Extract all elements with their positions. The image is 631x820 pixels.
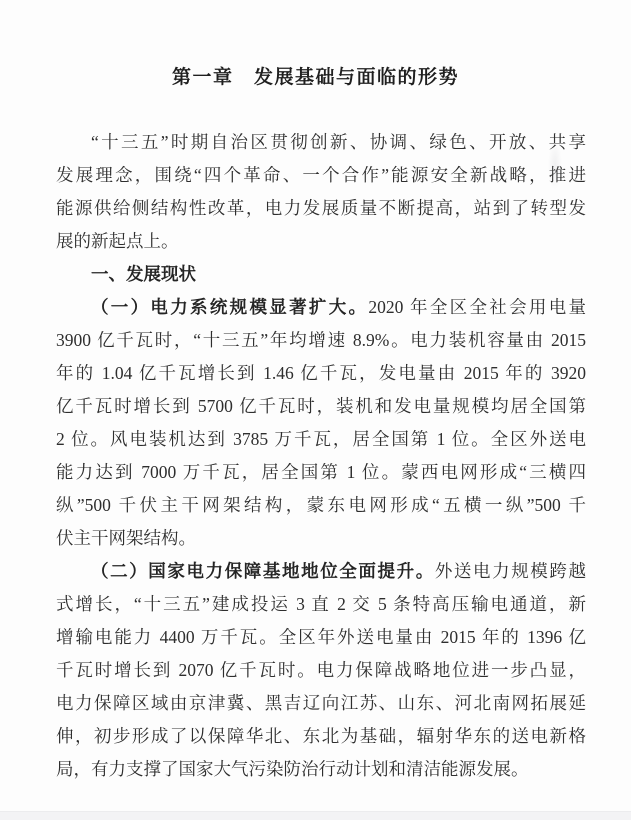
text-run: 伸，初步形成了以保障华北、东北为基础，辐射华东的送电新格	[56, 726, 586, 746]
text-run: 电力保障区域由京津冀、黑吉辽向江苏、山东、河北南网拓展延	[56, 693, 586, 713]
text-run: 外送电力规模跨越	[435, 561, 586, 581]
text-run: 展的新起点上。	[56, 231, 179, 251]
text-run: 年的 1.04 亿千瓦增长到 1.46 亿千瓦，发电量由 2015 年的 392…	[56, 363, 586, 383]
text-line: “十三五”时期自治区贯彻创新、协调、绿色、开放、共享	[56, 126, 586, 159]
text-line: 局，有力支撑了国家大气污染防治行动计划和清洁能源发展。	[56, 753, 586, 786]
text-line: 电力保障区域由京津冀、黑吉辽向江苏、山东、河北南网拓展延	[56, 687, 586, 720]
page-bottom-edge	[0, 811, 631, 820]
text-line: 发展理念，围绕“四个革命、一个合作”能源安全新战略，推进	[56, 159, 586, 192]
text-run: 2 位。风电装机达到 3785 万千瓦，居全国第 1 位。全区外送电	[56, 429, 586, 449]
text-line: 伸，初步形成了以保障华北、东北为基础，辐射华东的送电新格	[56, 720, 586, 753]
text-run: 伏主干网架结构。	[56, 528, 196, 548]
text-line: 一、发展现状	[56, 258, 586, 291]
text-run: 3900 亿千瓦时，“十三五”年均增速 8.9%。电力装机容量由 2015	[56, 330, 586, 350]
text-run: 千瓦时增长到 2070 亿千瓦时。电力保障战略地位进一步凸显，	[56, 660, 586, 680]
text-line: 亿千瓦时增长到 5700 亿千瓦时，装机和发电量规模均居全国第	[56, 390, 586, 423]
text-line: 能源供给侧结构性改革，电力发展质量不断提高，站到了转型发	[56, 192, 586, 225]
bold-run: （二）国家电力保障基地地位全面提升。	[91, 561, 435, 581]
bold-run: 一、发展现状	[91, 264, 196, 284]
text-run: 式增长，“十三五”建成投运 3 直 2 交 5 条特高压输电通道，新	[56, 594, 586, 614]
text-run: 亿千瓦时增长到 5700 亿千瓦时，装机和发电量规模均居全国第	[56, 396, 586, 416]
document-page: 第一章 发展基础与面临的形势 “十三五”时期自治区贯彻创新、协调、绿色、开放、共…	[0, 0, 631, 820]
text-line: 年的 1.04 亿千瓦增长到 1.46 亿千瓦，发电量由 2015 年的 392…	[56, 357, 586, 390]
text-run: 纵”500 千伏主干网架结构，蒙东电网形成“五横一纵”500 千	[56, 495, 586, 515]
text-line: 式增长，“十三五”建成投运 3 直 2 交 5 条特高压输电通道，新	[56, 588, 586, 621]
text-run: 2020 年全区全社会用电量	[368, 297, 586, 317]
text-run: 增输电能力 4400 万千瓦。全区年外送电量由 2015 年的 1396 亿	[56, 627, 586, 647]
text-run: 局，有力支撑了国家大气污染防治行动计划和清洁能源发展。	[56, 759, 529, 779]
text-line: 3900 亿千瓦时，“十三五”年均增速 8.9%。电力装机容量由 2015	[56, 324, 586, 357]
text-run: 能源供给侧结构性改革，电力发展质量不断提高，站到了转型发	[56, 198, 586, 218]
text-line: 增输电能力 4400 万千瓦。全区年外送电量由 2015 年的 1396 亿	[56, 621, 586, 654]
text-lines: “十三五”时期自治区贯彻创新、协调、绿色、开放、共享发展理念，围绕“四个革命、一…	[56, 126, 586, 786]
text-line: 展的新起点上。	[56, 225, 586, 258]
bold-run: （一）电力系统规模显著扩大。	[91, 297, 368, 317]
text-line: 2 位。风电装机达到 3785 万千瓦，居全国第 1 位。全区外送电	[56, 423, 586, 456]
text-line: 千瓦时增长到 2070 亿千瓦时。电力保障战略地位进一步凸显，	[56, 654, 586, 687]
text-line: 纵”500 千伏主干网架结构，蒙东电网形成“五横一纵”500 千	[56, 489, 586, 522]
text-line: （一）电力系统规模显著扩大。2020 年全区全社会用电量	[56, 291, 586, 324]
text-run: “十三五”时期自治区贯彻创新、协调、绿色、开放、共享	[91, 132, 586, 152]
text-line: 能力达到 7000 万千瓦，居全国第 1 位。蒙西电网形成“三横四	[56, 456, 586, 489]
text-line: （二）国家电力保障基地地位全面提升。外送电力规模跨越	[56, 555, 586, 588]
text-line: 伏主干网架结构。	[56, 522, 586, 555]
chapter-title: 第一章 发展基础与面临的形势	[0, 62, 631, 89]
text-run: 发展理念，围绕“四个革命、一个合作”能源安全新战略，推进	[56, 165, 586, 185]
text-run: 能力达到 7000 万千瓦，居全国第 1 位。蒙西电网形成“三横四	[56, 462, 586, 482]
